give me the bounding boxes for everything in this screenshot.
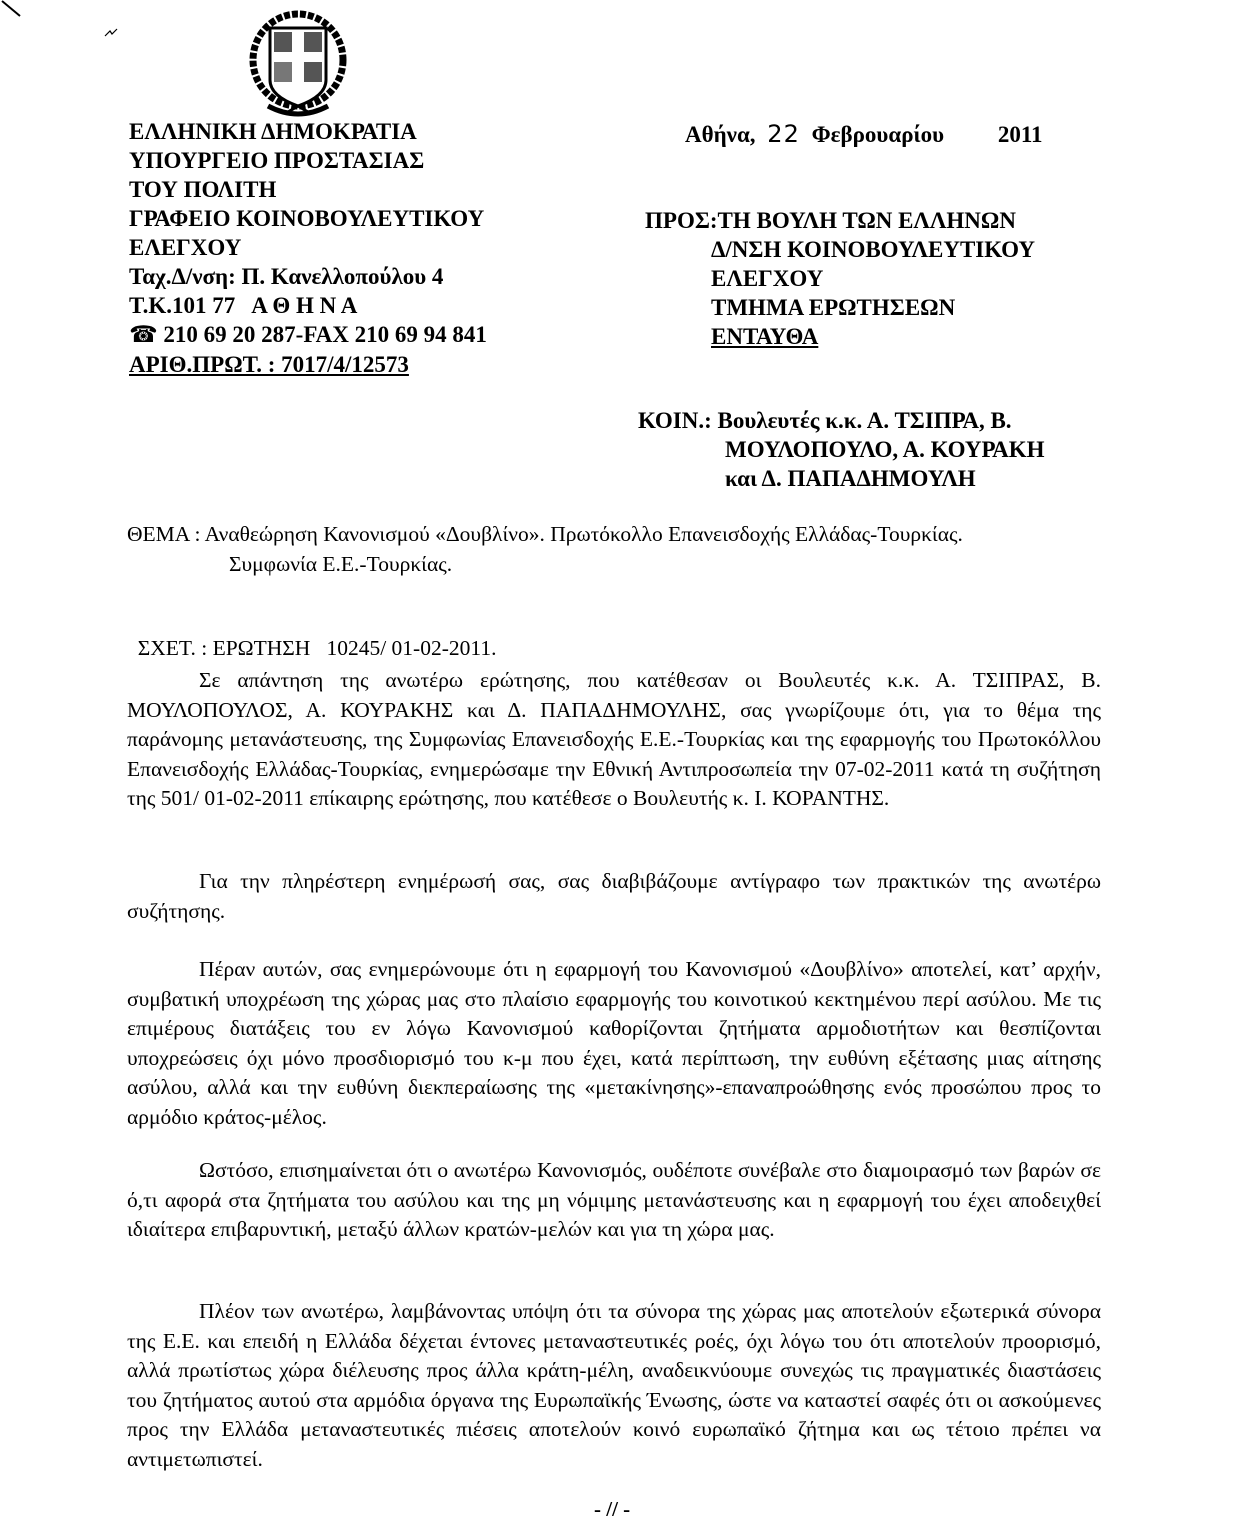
recipient-line: ΕΝΤΑΥΘΑ — [711, 324, 818, 349]
cc-line: και Δ. ΠΑΠΑΔΗΜΟΥΛΗ — [638, 464, 1045, 493]
page-continuation-mark: - // - — [594, 1497, 630, 1522]
telephone-icon: ☎ — [129, 322, 158, 348]
cc-line: Βουλευτές κ.κ. Α. ΤΣΙΠΡΑ, Β. — [718, 408, 1012, 433]
letterhead-line: ΕΛΕΓΧΟΥ — [129, 233, 487, 262]
recipient-line: ΤΜΗΜΑ ΕΡΩΤΗΣΕΩΝ — [645, 293, 1035, 322]
phone-fax-line: ☎ 210 69 20 287-FAX 210 69 94 841 — [129, 320, 487, 350]
letterhead-line: ΥΠΟΥΡΓΕΙΟ ΠΡΟΣΤΑΣΙΑΣ — [129, 146, 487, 175]
phone-fax-text: 210 69 20 287-FAX 210 69 94 841 — [163, 322, 486, 347]
reference-label: ΣΧΕΤ. : — [138, 636, 207, 660]
subject: ΘΕΜΑ : Αναθεώρηση Κανονισμού «Δουβλίνο».… — [127, 520, 1137, 579]
date-month: Φεβρουαρίου — [812, 122, 944, 147]
body-paragraph: Για την πληρέστερη ενημέρωσή σας, σας δι… — [127, 867, 1101, 926]
reference-text: ΕΡΩΤΗΣΗ 10245/ 01-02-2011. — [213, 636, 497, 660]
coat-of-arms-icon — [248, 10, 348, 122]
subject-text-continued: Συμφωνία Ε.Ε.-Τουρκίας. — [127, 550, 1137, 580]
recipient-line: ΤΗ ΒΟΥΛΗ ΤΩΝ ΕΛΛΗΝΩΝ — [718, 208, 1016, 233]
scan-mark — [0, 0, 26, 20]
postal-code-line: Τ.Κ.101 77 Α Θ Η Ν Α — [129, 291, 487, 320]
recipient-line: ΕΛΕΓΧΟΥ — [645, 264, 1035, 293]
recipient-line: Δ/ΝΣΗ ΚΟΙΝΟΒΟΥΛΕΥΤΙΚΟΥ — [645, 235, 1035, 264]
cc-label: ΚΟΙΝ.: — [638, 408, 712, 433]
letterhead-line: ΤΟΥ ΠΟΛΙΤΗ — [129, 175, 487, 204]
subject-label: ΘΕΜΑ : — [127, 522, 200, 546]
letterhead-line: ΕΛΛΗΝΙΚΗ ΔΗΜΟΚΡΑΤΙΑ — [129, 117, 487, 146]
scan-mark — [104, 28, 118, 38]
body-paragraph: Πέραν αυτών, σας ενημερώνουμε ότι η εφαρ… — [127, 955, 1101, 1132]
recipient-label: ΠΡΟΣ: — [645, 208, 718, 233]
subject-text: Αναθεώρηση Κανονισμού «Δουβλίνο». Πρωτόκ… — [205, 522, 963, 546]
recipient-block: ΠΡΟΣ:ΤΗ ΒΟΥΛΗ ΤΩΝ ΕΛΛΗΝΩΝ Δ/ΝΣΗ ΚΟΙΝΟΒΟΥ… — [645, 206, 1035, 351]
letter-date: Αθήνα, 22 Φεβρουαρίου 2011 — [685, 120, 1043, 148]
letterhead-line: ΓΡΑΦΕΙΟ ΚΟΙΝΟΒΟΥΛΕΥΤΙΚΟΥ — [129, 204, 487, 233]
cc-block: ΚΟΙΝ.: Βουλευτές κ.κ. Α. ΤΣΙΠΡΑ, Β. ΜΟΥΛ… — [638, 406, 1045, 493]
cc-line: ΜΟΥΛΟΠΟΥΛΟ, Α. ΚΟΥΡΑΚΗ — [638, 435, 1045, 464]
body-paragraph: Πλέον των ανωτέρω, λαμβάνοντας υπόψη ότι… — [127, 1297, 1101, 1474]
body-paragraph: Ωστόσο, επισημαίνεται ότι ο ανωτέρω Κανο… — [127, 1156, 1101, 1245]
date-year: 2011 — [998, 122, 1043, 147]
date-city: Αθήνα, — [685, 122, 756, 147]
date-day: 22 — [767, 120, 800, 148]
body-paragraph: Σε απάντηση της ανωτέρω ερώτησης, που κα… — [127, 666, 1101, 814]
address-line: Ταχ.Δ/νση: Π. Κανελλοπούλου 4 — [129, 262, 487, 291]
protocol-number: ΑΡΙΘ.ΠΡΩΤ. : 7017/4/12573 — [129, 350, 487, 379]
reference: ΣΧΕΤ. : ΕΡΩΤΗΣΗ 10245/ 01-02-2011. — [127, 604, 496, 663]
letterhead: ΕΛΛΗΝΙΚΗ ΔΗΜΟΚΡΑΤΙΑ ΥΠΟΥΡΓΕΙΟ ΠΡΟΣΤΑΣΙΑΣ… — [129, 117, 487, 379]
